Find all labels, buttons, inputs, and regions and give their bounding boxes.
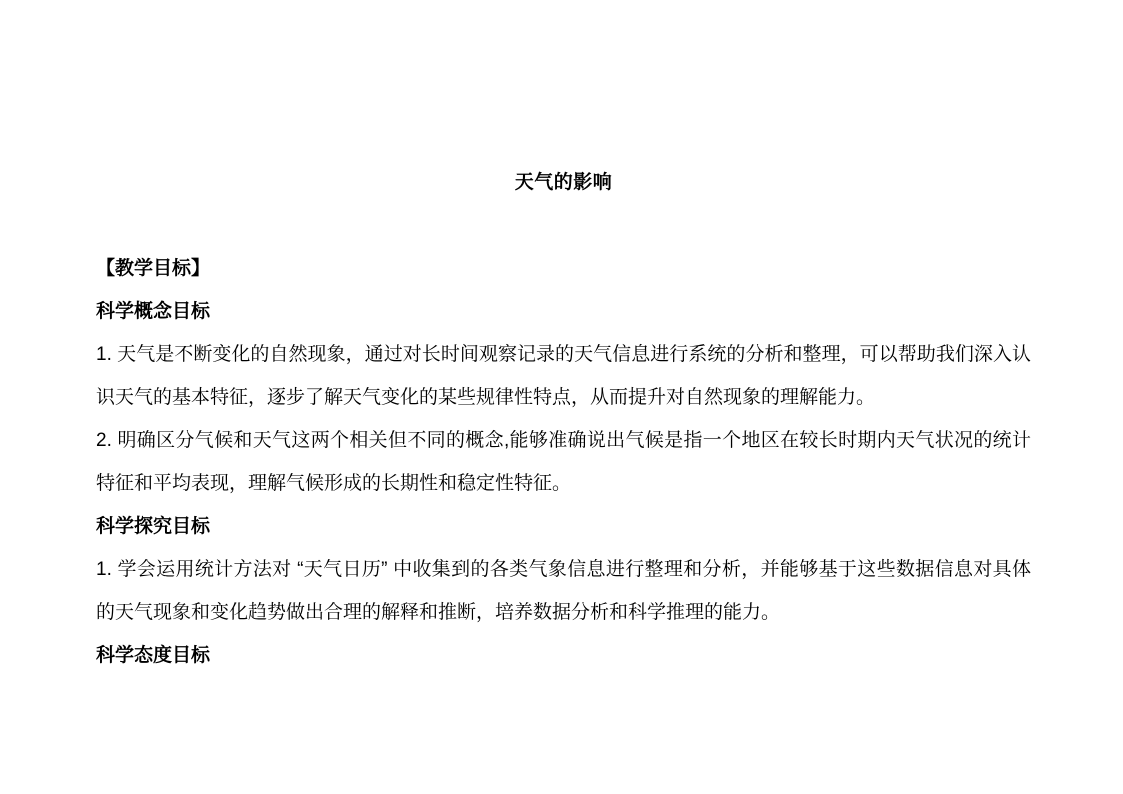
section-heading-science-concept-objectives: 科学概念目标: [96, 290, 1031, 333]
section-heading-science-attitude-objectives: 科学态度目标: [96, 634, 1031, 677]
document-title: 天气的影响: [96, 161, 1031, 204]
section-heading-science-inquiry-objectives: 科学探究目标: [96, 505, 1031, 548]
paragraph-concept-objective-1: 1. 天气是不断变化的自然现象，通过对长时间观察记录的天气信息进行系统的分析和整…: [96, 333, 1031, 419]
document-page: 天气的影响 【教学目标】 科学概念目标 1. 天气是不断变化的自然现象，通过对长…: [0, 0, 1123, 794]
section-heading-teaching-objectives: 【教学目标】: [96, 247, 1031, 290]
paragraph-inquiry-objective-1: 1. 学会运用统计方法对 “天气日历” 中收集到的各类气象信息进行整理和分析，并…: [96, 548, 1031, 634]
paragraph-concept-objective-2: 2. 明确区分气候和天气这两个相关但不同的概念,能够准确说出气候是指一个地区在较…: [96, 419, 1031, 505]
